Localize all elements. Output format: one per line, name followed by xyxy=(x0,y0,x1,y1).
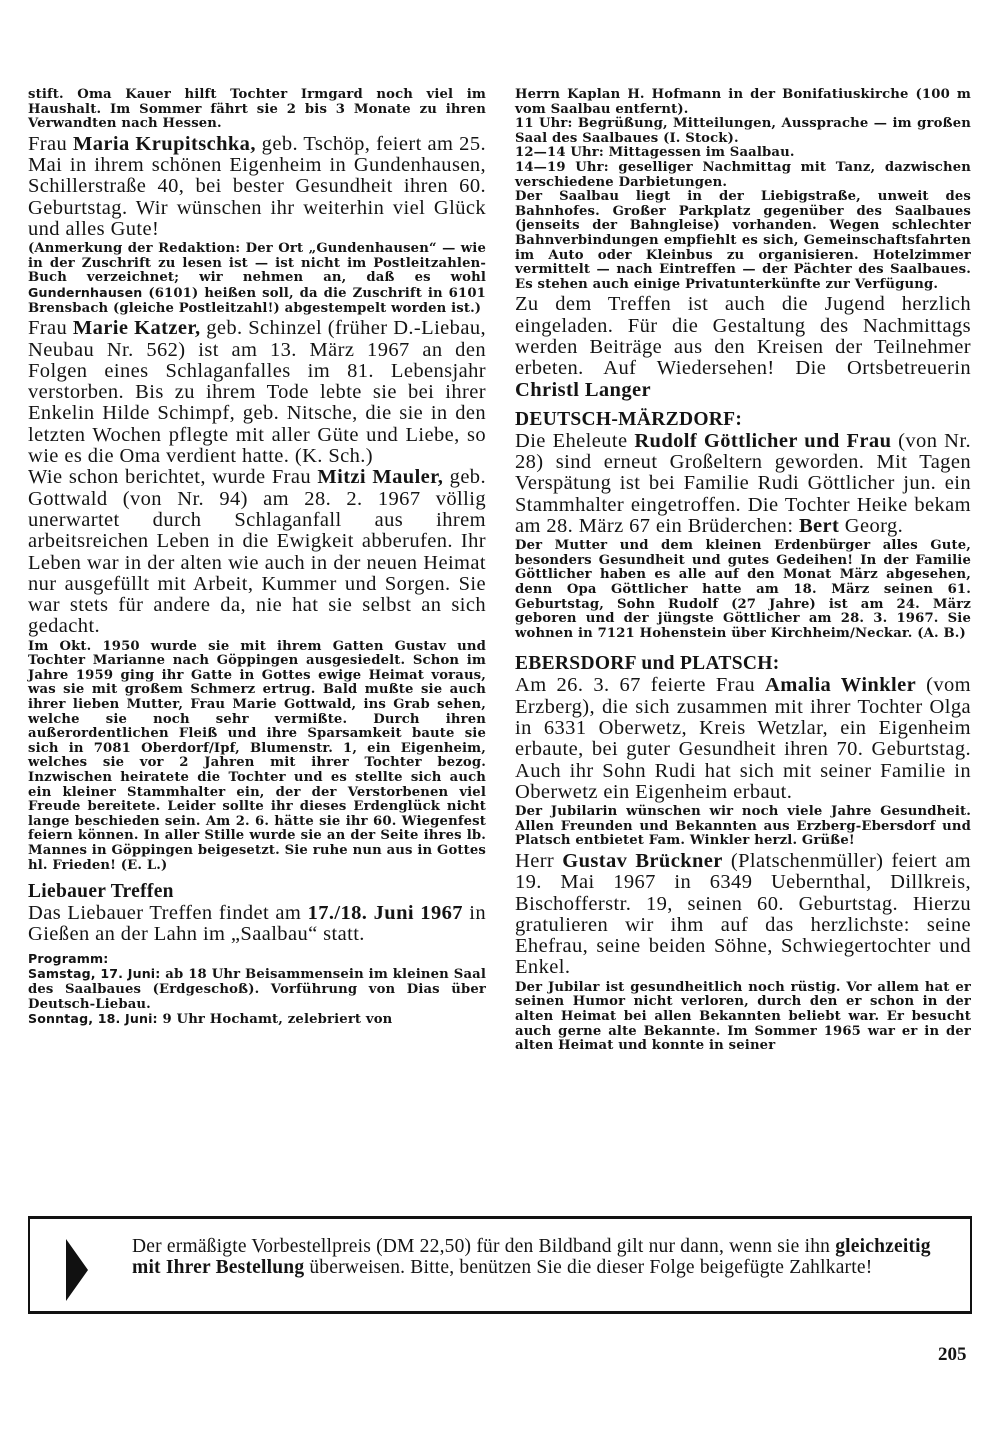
label: Programm: xyxy=(28,951,108,966)
text: (Anmerkung der Redaktion: Der Ort „Gunde… xyxy=(28,241,486,285)
notice-box: Der ermäßigte Vorbestellpreis (DM 22,50)… xyxy=(28,1216,972,1314)
person-name: Gustav Brückner xyxy=(562,850,723,872)
text: geb. Gottwald (von Nr. 94) am 28. 2. 196… xyxy=(28,466,486,637)
child-name: Bert xyxy=(799,515,839,537)
programm-12-uhr: 12—14 Uhr: Mittagessen im Saalbau. xyxy=(515,146,971,161)
person-name: Maria Krupitschka, xyxy=(73,133,256,155)
paragraph-treffen: Das Liebauer Treffen findet am 17./18. J… xyxy=(28,903,486,946)
programm-14-uhr: 14—19 Uhr: geselliger Nachmittag mit Tan… xyxy=(515,161,971,190)
programm-sonntag: Sonntag, 18. Juni: 9 Uhr Hochamt, zelebr… xyxy=(28,1012,486,1028)
heading-ebersdorf-platsch: EBERSDORF und PLATSCH: xyxy=(515,653,971,675)
paragraph-goettlicher-detail: Der Mutter und dem kleinen Erdenbürger a… xyxy=(515,539,971,641)
notice-text: Der ermäßigte Vorbestellpreis (DM 22,50)… xyxy=(132,1236,932,1278)
text: Das Liebauer Treffen findet am xyxy=(28,902,308,924)
text: 9 Uhr Hochamt, zelebriert von xyxy=(158,1012,393,1027)
text: Am 26. 3. 67 feierte Frau xyxy=(515,674,765,696)
text: Frau xyxy=(28,317,73,339)
text: Der ermäßigte Vorbestellpreis (DM 22,50)… xyxy=(132,1236,835,1257)
person-name: Rudolf Göttlicher und Frau xyxy=(634,430,891,452)
text: Herr xyxy=(515,850,562,872)
right-column: Herrn Kaplan H. Hofmann in der Bonifatiu… xyxy=(515,88,971,1054)
editorial-note: (Anmerkung der Redaktion: Der Ort „Gunde… xyxy=(28,242,486,316)
person-name: Mitzi Mauler, xyxy=(317,466,443,488)
heading-liebauer-treffen: Liebauer Treffen xyxy=(28,881,486,903)
page-number: 205 xyxy=(938,1344,967,1366)
programm-11-uhr: 11 Uhr: Begrüßung, Mitteilungen, Ausspra… xyxy=(515,117,971,146)
text: Frau xyxy=(28,133,73,155)
paragraph-goettlicher: Die Eheleute Rudolf Göttlicher und Frau … xyxy=(515,431,971,537)
triangle-right-icon xyxy=(66,1239,88,1301)
paragraph-brueckner-detail: Der Jubilar ist gesundheitlich noch rüst… xyxy=(515,981,971,1054)
paragraph-mauler-detail: Im Okt. 1950 wurde sie mit ihrem Gatten … xyxy=(28,640,486,874)
paragraph-jugend: Zu dem Treffen ist auch die Jugend herzl… xyxy=(515,294,971,400)
person-name: Christl Langer xyxy=(515,379,651,401)
text: Wie schon berichtet, wurde Frau xyxy=(28,466,317,488)
paragraph-krupitschka: Frau Maria Krupitschka, geb. Tschöp, fei… xyxy=(28,134,486,240)
paragraph-oma-kauer: stift. Oma Kauer hilft Tochter Irmgard n… xyxy=(28,88,486,132)
person-name: Amalia Winkler xyxy=(765,674,916,696)
programm-samstag: Samstag, 17. Juni: ab 18 Uhr Beisammense… xyxy=(28,967,486,1012)
text: überweisen. Bitte, benützen Sie die dies… xyxy=(304,1257,872,1278)
programm-label: Programm: xyxy=(28,952,486,968)
event-date: 17./18. Juni 1967 xyxy=(308,902,463,924)
day-label: Samstag, 17. Juni: xyxy=(28,966,160,981)
paragraph-brueckner: Herr Gustav Brückner (Platschenmüller) f… xyxy=(515,851,971,979)
paragraph-winkler-greeting: Der Jubilarin wünschen wir noch viele Ja… xyxy=(515,805,971,849)
day-label: Sonntag, 18. Juni: xyxy=(28,1011,158,1026)
paragraph-mauler: Wie schon berichtet, wurde Frau Mitzi Ma… xyxy=(28,467,486,637)
place-name: Gundernhausen xyxy=(28,285,142,300)
text: Die Eheleute xyxy=(515,430,634,452)
paragraph-winkler: Am 26. 3. 67 feierte Frau Amalia Winkler… xyxy=(515,675,971,803)
paragraph-saalbau-location: Der Saalbau liegt in der Liebigstraße, u… xyxy=(515,190,971,292)
heading-deutsch-maerzdorf: DEUTSCH-MÄRZDORF: xyxy=(515,409,971,431)
programm-hochamt: Herrn Kaplan H. Hofmann in der Bonifatiu… xyxy=(515,88,971,117)
text: Zu dem Treffen ist auch die Jugend herzl… xyxy=(515,293,971,379)
text: Georg. xyxy=(839,515,903,537)
text: geb. Schinzel (früher D.-Liebau, Neubau … xyxy=(28,317,486,467)
paragraph-katzer: Frau Marie Katzer, geb. Schinzel (früher… xyxy=(28,318,486,467)
person-name: Marie Katzer, xyxy=(73,317,201,339)
left-column: stift. Oma Kauer hilft Tochter Irmgard n… xyxy=(28,88,486,1028)
